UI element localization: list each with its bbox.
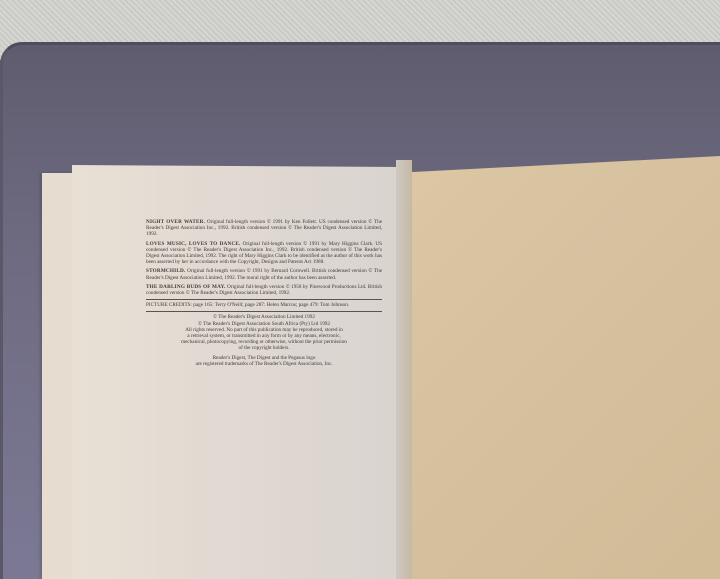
copyright-notice: © The Reader's Digest Association Limite… [146, 314, 382, 367]
entry-loves-music: LOVES MUSIC, LOVES TO DANCE. Original fu… [146, 241, 382, 266]
book-gutter [396, 160, 412, 579]
entry-night-over-water: NIGHT OVER WATER. Original full-length v… [146, 219, 382, 238]
right-page [396, 156, 720, 579]
entry-stormchild: STORMCHILD. Original full-length version… [146, 268, 382, 280]
picture-credits: PICTURE CREDITS: page 165: Terry O'Neill… [146, 302, 382, 308]
divider [146, 299, 382, 300]
copyright-text-block: NIGHT OVER WATER. Original full-length v… [146, 219, 382, 367]
trademark-notice: Reader's Digest, The Digest and the Pega… [146, 355, 382, 367]
divider [146, 311, 382, 312]
entry-darling-buds: THE DARLING BUDS OF MAY. Original full-l… [146, 284, 382, 296]
